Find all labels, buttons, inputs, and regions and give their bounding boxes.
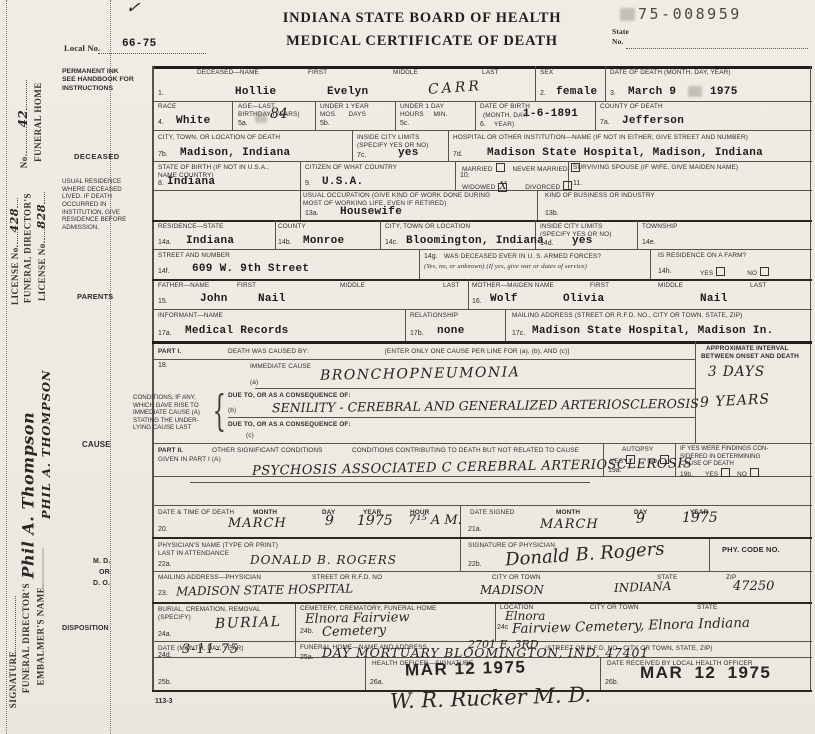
funeral-home-no-line: No.42 [16, 69, 30, 179]
findings-note: IF YES WERE FINDINGS CON- SIDERED IN DET… [680, 445, 769, 468]
father-last-label: LAST [443, 282, 460, 290]
cause-b-interval: 9 YEARS [700, 391, 771, 411]
section-label-cause: CAUSE [82, 440, 111, 450]
funeral-directors-text: FUNERAL DIRECTOR'S [23, 193, 33, 303]
do-label: D. O. [93, 579, 110, 588]
farm-yes-checkbox [716, 267, 725, 276]
field-19b-number: 19b. [680, 471, 693, 478]
received-date-stamp-a: MAR 12 1975 [405, 657, 527, 680]
perforation-line-left [6, 0, 7, 734]
part1-label: PART I. [158, 348, 181, 356]
cause-a-label: (a) [250, 379, 258, 387]
permanent-ink-line2: SEE HANDBOOK FOR [62, 76, 134, 84]
informant-value: Medical Records [185, 325, 289, 337]
usual-residence-note: USUAL RESIDENCE WHERE DECEASED LIVED. IF… [62, 178, 126, 232]
md-label: M. D. [93, 557, 110, 566]
physician-mailing-street-value: MADISON STATE HOSPITAL [176, 581, 353, 598]
dotted-leader [10, 232, 18, 244]
grid-line [495, 604, 496, 641]
date-signed-label: DATE SIGNED [470, 509, 515, 517]
grid-line [152, 309, 812, 310]
dotted-leader [36, 549, 44, 587]
conditions-brace: { [213, 386, 226, 435]
armed-forces-label: WAS DECEASED EVER IN U. S. ARMED FORCES? [444, 253, 601, 261]
date-of-birth-value: 1-6-1891 [523, 108, 578, 120]
local-no-label: Local No. [64, 43, 100, 54]
death-hour-value: 7¹⁵ A M. [408, 513, 462, 528]
field-5a-number: 5a. [238, 120, 248, 127]
grid-line [380, 220, 381, 249]
date-of-death-value-1: March 9 [628, 86, 676, 98]
sex-label: SEX [540, 69, 553, 77]
grid-line [505, 309, 506, 341]
field-5b-number: 5b. [320, 120, 330, 127]
stamp-smudge [620, 8, 635, 21]
physician-mailing-zip-value: 47250 [733, 579, 774, 594]
field-9-number: 9. [305, 180, 311, 187]
grid-line [152, 161, 812, 162]
field-2-number: 2. [540, 90, 546, 97]
father-first-value: John [200, 293, 228, 305]
part2-subtitle: CONDITIONS CONTRIBUTING TO DEATH BUT NOT… [352, 447, 579, 455]
grid-line [535, 66, 536, 101]
grid-line [405, 309, 406, 341]
residence-city-label: CITY, TOWN OR LOCATION [385, 223, 470, 231]
field-7a-number: 7a. [600, 119, 610, 126]
burial-label-2: (SPECIFY) [158, 614, 191, 622]
part2-label: PART II. [158, 447, 183, 455]
county-of-death-label: COUNTY OF DEATH [600, 103, 663, 111]
occupation-value: Housewife [340, 206, 402, 218]
field-10-number: 10. [460, 172, 470, 179]
field-14d-number: 14d. [540, 240, 554, 247]
field-14a-number: 14a. [158, 239, 172, 246]
usual-residence-line: ADMISSION. [62, 224, 126, 232]
date-time-death-label: DATE & TIME OF DEATH [158, 509, 234, 517]
field-20-number: 20. [158, 526, 168, 533]
divorced-checkbox [563, 181, 572, 190]
field-14g-number: 14g. [424, 253, 438, 260]
location-city-label: CITY OR TOWN [590, 604, 639, 612]
check-mark: ✓ [125, 0, 141, 19]
state-no-line [626, 41, 808, 49]
limits-value: yes [398, 147, 419, 159]
field-17a-number: 17a. [158, 330, 172, 337]
field-24d-number: 24d. [158, 652, 172, 659]
date-of-birth-label-3: YEAR) [494, 121, 514, 129]
informant-mailing-value: Madison State Hospital, Madison In. [532, 325, 774, 337]
license-number-value: 828 [35, 204, 48, 228]
field-23-number: 23. [158, 590, 168, 597]
state-no-label: No. [612, 37, 624, 47]
findings-no-checkbox [750, 468, 759, 477]
license-label: LICENSE No. [37, 240, 47, 301]
mother-middle-label: MIDDLE [658, 282, 683, 290]
location-state-label: STATE [697, 604, 717, 612]
widowed-label: WIDOWED [462, 184, 495, 191]
city-or-town-label: CITY OR TOWN [492, 574, 541, 582]
usual-residence-line: INSTITUTION, GIVE [62, 209, 126, 217]
field-8-number: 8. [158, 180, 164, 187]
field-11-number: 11. [573, 180, 582, 187]
farm-options: YES NO [700, 267, 771, 278]
field-14e-number: 14e. [642, 239, 656, 246]
health-officer-signature-value: W. R. Rucker M. D. [390, 682, 592, 713]
field-7d-number: 7d. [453, 151, 463, 158]
usual-residence-line: WHERE DECEASED [62, 186, 126, 194]
grid-line [455, 161, 456, 190]
hours-min-label: HOURS MIN. [400, 111, 448, 119]
conditions-note: CONDITIONS, IF ANY, WHICH GAVE RISE TO I… [133, 394, 200, 432]
marital-status-row-1: MARRIED NEVER MARRIED [462, 163, 582, 174]
farm-no-checkbox [760, 267, 769, 276]
or-label: OR [99, 568, 110, 577]
location-value-line2: Fairview Cemetery, Elnora Indiana [512, 615, 750, 637]
relationship-value: none [437, 325, 465, 337]
field-14h-number: 14h. [658, 268, 672, 275]
physician-mailing-state-value: INDIANA [614, 579, 672, 595]
autopsy-yes-checkbox [626, 455, 635, 464]
field-17c-number: 17c. [512, 330, 525, 337]
funeral-home-label: FUNERAL HOME [33, 82, 43, 162]
field-7b-number: 7b. [158, 151, 168, 158]
mother-maiden-value: Wolf [490, 293, 518, 305]
field-7c-number: 7c. [357, 152, 366, 159]
hospital-value: Madison State Hospital, Madison, Indiana [487, 147, 763, 159]
interval-column-line [695, 341, 696, 443]
mother-first-value: Olivia [563, 293, 604, 305]
race-label: RACE [158, 103, 176, 111]
sex-value: female [556, 86, 597, 98]
grid-line [300, 161, 301, 220]
field-24b-number: 24b. [300, 628, 314, 635]
death-year-value: 1975 [357, 513, 393, 529]
last-label: LAST [482, 69, 499, 77]
field-22b-number: 22b. [468, 561, 482, 568]
grid-line [448, 130, 449, 161]
last-name-handwriting: CARR [428, 78, 483, 98]
conditions-note-line: CONDITIONS, IF ANY, [133, 394, 200, 402]
deceased-name-label: DECEASED—NAME [197, 69, 259, 77]
signed-month-value: MARCH [540, 517, 599, 532]
signed-year-value: 1975 [682, 510, 718, 526]
dotted-leader [8, 596, 16, 651]
findings-yes-label: YES [705, 471, 718, 478]
grid-line [537, 190, 538, 220]
residence-state-value: Indiana [186, 235, 234, 247]
mother-last-value: Nail [700, 293, 728, 305]
armed-forces-sub-label: (Yes, no, or unknown) (If yes, give war … [424, 263, 587, 272]
grid-line [395, 101, 396, 130]
cause-b-line [228, 417, 695, 418]
county-of-death-value: Jefferson [622, 115, 684, 127]
grid-line [232, 101, 233, 130]
mother-first-label: FIRST [590, 282, 609, 290]
permanent-ink-line1: PERMANENT INK [62, 68, 134, 76]
dotted-leader [19, 127, 27, 153]
usual-residence-line: LIVED. IF DEATH [62, 193, 126, 201]
table-border [810, 66, 811, 692]
field-4-number: 4. [158, 119, 164, 126]
grid-line [152, 130, 812, 131]
embalmer-name-value-rotated: PHIL A. THOMPSON [39, 389, 53, 519]
citizen-value: U.S.A. [322, 176, 363, 188]
field-25b-number: 25b. [158, 679, 172, 686]
age-label-2: BIRTHDAY (YEARS) [238, 111, 300, 119]
license-no-line: LICENSE No.828 [35, 189, 48, 304]
autopsy-label: AUTOPSY [622, 446, 653, 454]
findings-options: 19b. YES NO [680, 468, 761, 479]
death-month-value: MARCH [228, 516, 287, 531]
field-3-number: 3. [610, 90, 616, 97]
autopsy-no-label: NO [647, 458, 657, 465]
permanent-ink-line3: INSTRUCTIONS [62, 85, 134, 93]
interval-label-2: BETWEEN ONSET AND DEATH [701, 353, 799, 361]
signed-day-value: 9 [636, 511, 645, 527]
funeral-directors-signature-label2: SIGNATURE [8, 582, 18, 722]
findings-no-label: NO [737, 471, 747, 478]
cause-b-label: (b) [228, 407, 236, 415]
grid-line [352, 130, 353, 161]
due-to-label-2: DUE TO, OR AS A CONSEQUENCE OF: [228, 421, 351, 429]
residence-county-label: COUNTY [278, 223, 306, 231]
farm-no-label: NO [747, 270, 757, 277]
no-label: No. [19, 153, 29, 168]
field-26b-number: 26b. [605, 679, 619, 686]
never-married-label: NEVER MARRIED [512, 166, 567, 173]
autopsy-no-checkbox [660, 455, 669, 464]
funeral-home-number-value: 42 [16, 110, 30, 128]
immediate-cause-label: IMMEDIATE CAUSE [250, 363, 311, 371]
funeral-home-no-label: FUNERAL HOME [33, 67, 43, 177]
funeral-directors-label: FUNERAL DIRECTOR'S [23, 191, 33, 306]
cause-c-label: (c) [246, 432, 254, 440]
date-of-birth-label-2: (MONTH, DAY, [483, 112, 528, 120]
part2-entry-line [190, 482, 590, 483]
grid-line [637, 220, 638, 249]
received-date-stamp-b: MAR 12 1975 [640, 663, 771, 683]
state-label: State [612, 27, 629, 37]
embalmer-name-label-line: EMBALMER'S NAME [36, 551, 46, 686]
field-13b-number: 13b. [545, 210, 559, 217]
field-24c-number: 24c [497, 624, 508, 631]
business-label: KIND OF BUSINESS OR INDUSTRY [545, 192, 655, 200]
last-in-attendance-label: LAST IN ATTENDANCE [158, 550, 229, 558]
marital-status-row-2: WIDOWEDX DIVORCED [462, 181, 574, 192]
field-22a-number: 22a. [158, 561, 172, 568]
mother-name-label: MOTHER—MAIDEN NAME [472, 282, 554, 290]
section-label-deceased: DECEASED [74, 152, 120, 162]
section-label-disposition: DISPOSITION [62, 624, 109, 633]
embalmer-label: EMBALMER'S NAME [36, 587, 46, 686]
age-value: 84 [270, 106, 288, 122]
dotted-leader [37, 192, 45, 204]
certificate-number-stamp: 75-008959 [638, 5, 742, 23]
residence-county-value: Monroe [303, 235, 344, 247]
signature-label-2: SIGNATURE [8, 651, 18, 708]
middle-label: MIDDLE [393, 69, 418, 77]
field-18-number: 18. [158, 362, 168, 369]
conditions-note-line: WHICH GAVE RISE TO [133, 402, 200, 410]
funeral-directors-signature-label1: FUNERAL DIRECTOR'S [21, 568, 31, 708]
perforation-line-inner [110, 0, 111, 734]
part2-subtitle-2: GIVEN IN PART I (A) [158, 456, 221, 464]
grid-line [295, 604, 296, 657]
phy-code-label: PHY. CODE NO. [722, 545, 780, 555]
physician-mailing-city-value: MADISON [480, 583, 544, 597]
first-name-value: Hollie [235, 86, 276, 98]
race-value: White [176, 115, 211, 127]
married-checkbox [496, 163, 505, 172]
permanent-ink-note: PERMANENT INK SEE HANDBOOK FOR INSTRUCTI… [62, 68, 134, 93]
grid-line [152, 279, 812, 281]
usual-residence-line: OCCURRED IN [62, 201, 126, 209]
grid-line [152, 443, 812, 444]
state-of-birth-value: Indiana [167, 176, 215, 188]
field-1-number: 1. [158, 90, 164, 97]
grid-line [152, 249, 812, 250]
father-last-value: Nail [258, 293, 286, 305]
findings-note-line: IF YES WERE FINDINGS CON- [680, 445, 769, 453]
surviving-spouse-label: SURVIVING SPOUSE (IF WIFE, GIVE MAIDEN N… [573, 164, 738, 172]
divorced-label: DIVORCED [525, 184, 560, 191]
street-value: 609 W. 9th Street [192, 263, 309, 275]
residence-city-value: Bloomington, Indiana [406, 235, 544, 247]
usual-residence-line: USUAL RESIDENCE [62, 178, 126, 186]
residence-state-label: RESIDENCE—STATE [158, 223, 224, 231]
city-of-death-label: CITY, TOWN, OR LOCATION OF DEATH [158, 134, 280, 142]
grid-line [650, 249, 651, 279]
findings-note-line: CAUSE OF DEATH [680, 460, 769, 468]
grid-line [365, 657, 366, 690]
death-certificate-scan: FUNERAL HOME No.42 LICENSE No.828 FUNERA… [0, 0, 815, 734]
form-number: 113-3 [155, 698, 173, 705]
cause-a-value: BRONCHOPNEUMONIA [320, 364, 521, 383]
cemetery-value-line2: Cemetery [322, 623, 387, 640]
field-6-number: 6. [480, 121, 486, 128]
dotted-leader [19, 80, 27, 110]
physician-mailing-label: MAILING ADDRESS—PHYSICIAN [158, 574, 261, 582]
grid-line [152, 505, 812, 506]
hospital-label: HOSPITAL OR OTHER INSTITUTION—NAME (IF N… [453, 134, 748, 142]
autopsy-yes-label: YES [610, 458, 623, 465]
grid-line [152, 101, 812, 102]
grid-line [152, 571, 812, 572]
conditions-note-line: LYING CAUSE LAST [133, 424, 200, 432]
grid-line [709, 539, 710, 571]
widowed-checkbox: X [498, 183, 507, 192]
caused-by-label: DEATH WAS CAUSED BY: [228, 348, 308, 356]
mother-last-label: LAST [750, 282, 767, 290]
field-17b-number: 17b. [410, 330, 424, 337]
date-of-death-label: DATE OF DEATH (MONTH, DAY, YEAR) [610, 69, 731, 77]
city-of-death-value: Madison, Indiana [180, 147, 290, 159]
grid-line [605, 66, 606, 101]
field-13a-number: 13a. [305, 210, 319, 217]
cause-a-interval: 3 DAYS [708, 364, 765, 380]
field-16-number: 16. [472, 298, 482, 305]
grid-line [475, 101, 476, 130]
document-title: MEDICAL CERTIFICATE OF DEATH [242, 33, 602, 50]
conditions-note-line: IMMEDIATE CAUSE (A) [133, 409, 200, 417]
dotted-leader [37, 228, 45, 240]
autopsy-options: YES NO [610, 455, 671, 466]
grid-line [152, 359, 695, 360]
grid-line [152, 341, 812, 344]
field-25a-number: 25a. [300, 654, 314, 661]
local-no-line [98, 46, 206, 54]
grid-line [152, 220, 812, 222]
middle-name-value: Evelyn [327, 86, 368, 98]
grid-line [595, 101, 596, 130]
farm-yes-label: YES [700, 270, 713, 277]
first-label: FIRST [308, 69, 327, 77]
grid-line [468, 279, 469, 309]
ink-smudge [688, 86, 702, 97]
grid-line [460, 539, 461, 571]
field-14f-number: 14f. [158, 268, 170, 275]
enter-only-label: [ENTER ONLY ONE CAUSE PER LINE FOR (a), … [385, 348, 569, 356]
agency-title: INDIANA STATE BOARD OF HEALTH [242, 10, 602, 27]
section-label-parents: PARENTS [77, 292, 113, 302]
date-of-death-value-2: 1975 [710, 86, 738, 98]
field-26a-number: 26a. [370, 679, 384, 686]
field-24a-number: 24a. [158, 631, 172, 638]
township-label: TOWNSHIP [642, 223, 678, 231]
cause-b-value: SENILITY - CEREBRAL AND GENERALIZED ARTE… [272, 396, 699, 415]
informant-label: INFORMANT—NAME [158, 312, 223, 320]
citizen-label: CITIZEN OF WHAT COUNTRY [305, 164, 397, 172]
director-license-value: 428 [8, 208, 21, 232]
physician-name-value: DONALD B. ROGERS [250, 553, 397, 567]
signature-label-1: FUNERAL DIRECTOR'S [21, 583, 31, 693]
death-day-value: 9 [325, 513, 334, 529]
field-19a-number: 19a. [608, 467, 622, 474]
grid-line [600, 657, 601, 690]
grid-line [315, 101, 316, 130]
embalmer-name-handwriting: PHIL A. THOMPSON [39, 369, 53, 519]
field-14c-number: 14c. [385, 239, 398, 246]
findings-note-line: SIDERED IN DETERMINING [680, 453, 769, 461]
grid-line [419, 249, 420, 279]
grid-line [275, 220, 276, 249]
ink-smudge [255, 112, 267, 123]
director-license-line: LICENSE No.428 [8, 194, 21, 309]
burial-value: BURIAL [215, 614, 282, 632]
farm-label: IS RESIDENCE ON A FARM? [658, 252, 746, 260]
field-14b-number: 14b. [278, 239, 292, 246]
father-name-label: FATHER—NAME [158, 282, 209, 290]
grid-line [152, 537, 812, 539]
findings-yes-checkbox [721, 468, 730, 477]
father-first-label: FIRST [237, 282, 256, 290]
disposition-date-value: 3-11-75 [182, 642, 239, 657]
part2-title: OTHER SIGNIFICANT CONDITIONS [212, 447, 323, 455]
field-15-number: 15. [158, 298, 168, 305]
usual-residence-line: RESIDENCE BEFORE [62, 216, 126, 224]
field-21a-number: 21a. [468, 526, 482, 533]
relationship-label: RELATIONSHIP [410, 312, 458, 320]
field-5c-number: 5c. [400, 120, 409, 127]
mos-days-label: MOS. DAYS [320, 111, 366, 119]
conditions-note-line: STATING THE UNDER- [133, 417, 200, 425]
father-middle-label: MIDDLE [340, 282, 365, 290]
table-border [152, 66, 154, 692]
cause-a-line [255, 388, 695, 389]
street-label: STREET AND NUMBER [158, 252, 230, 260]
director-license-label: LICENSE No. [10, 244, 20, 305]
informant-mailing-label: MAILING ADDRESS (STREET OR R.F.D. NO., C… [512, 312, 742, 320]
